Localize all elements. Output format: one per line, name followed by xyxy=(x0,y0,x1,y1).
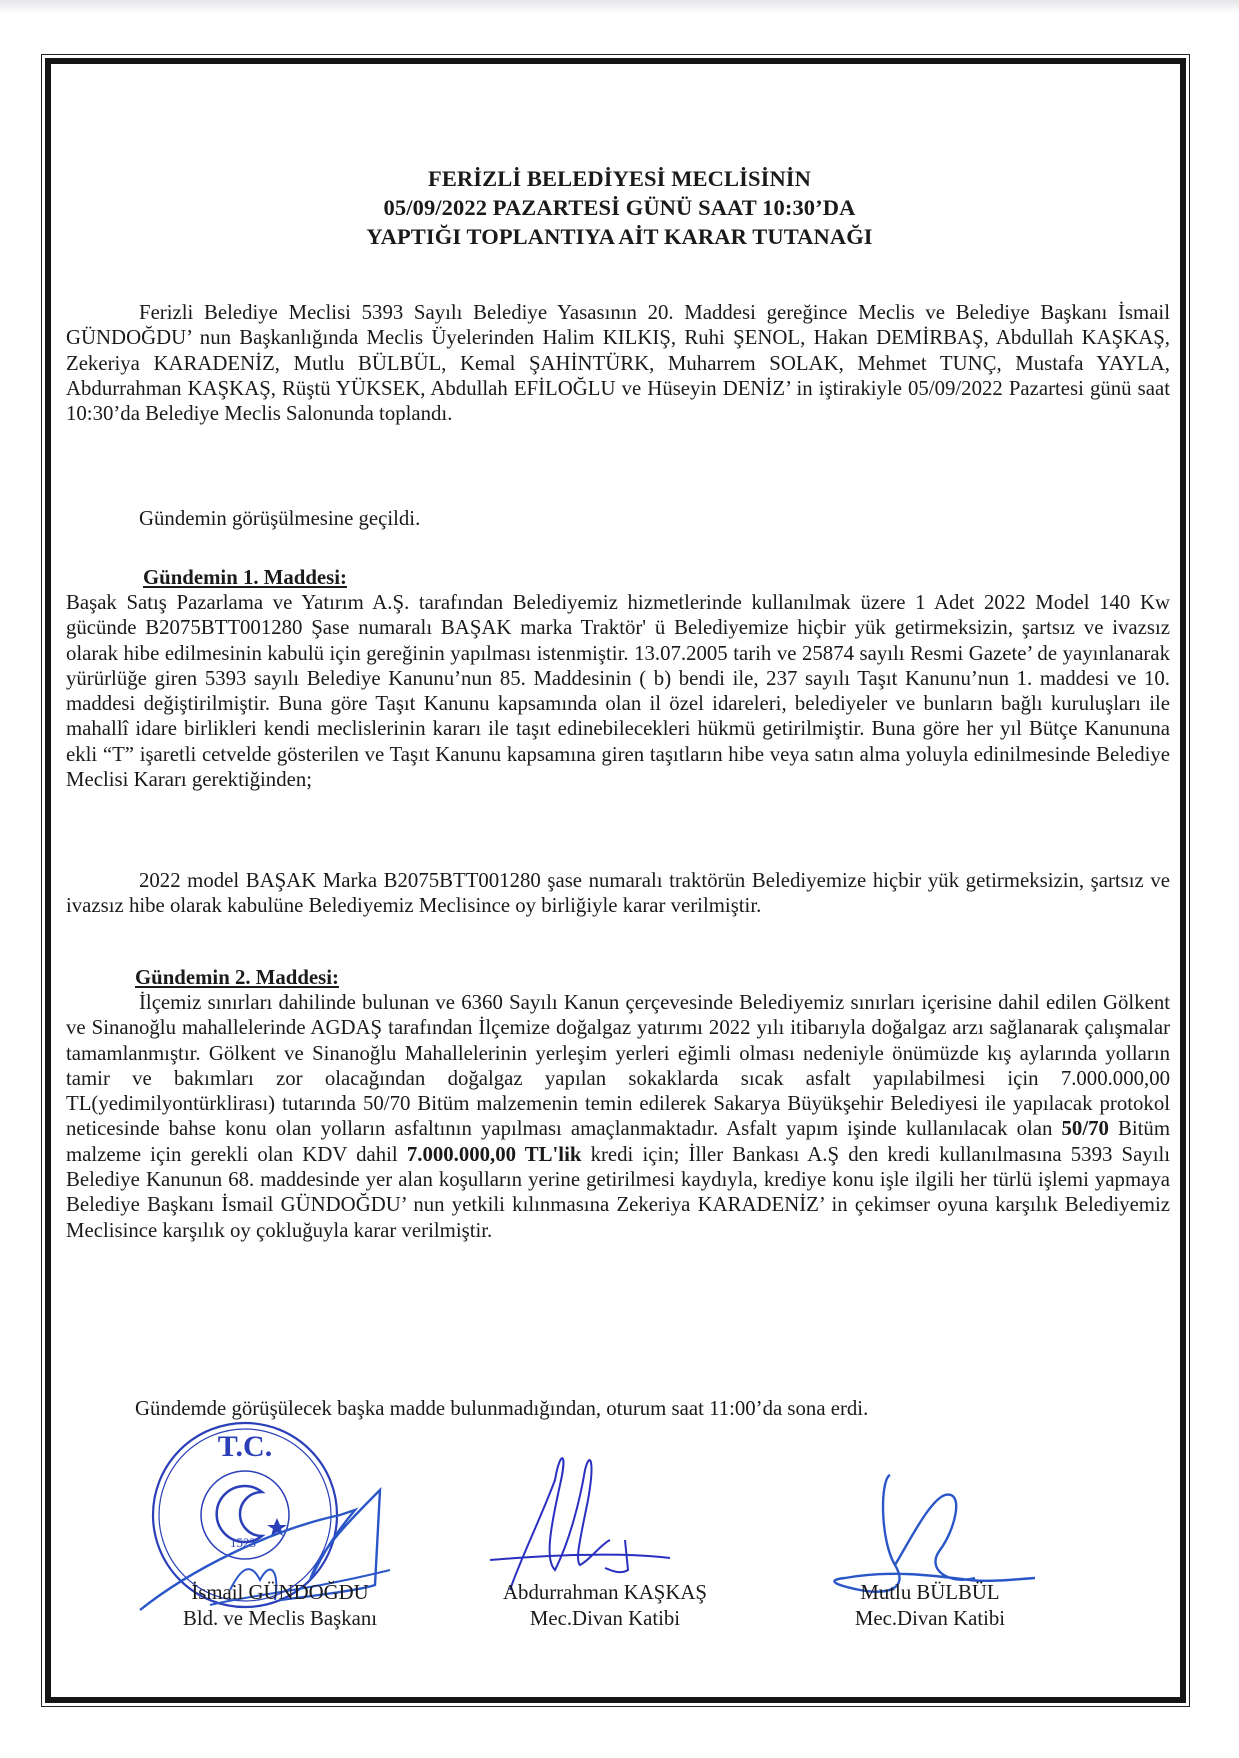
item-2-text-1: İlçemiz sınırları dahilinde bulunan ve 6… xyxy=(66,991,1170,1140)
item-1-body: Başak Satış Pazarlama ve Yatırım A.Ş. ta… xyxy=(66,590,1170,792)
signatory-mayor-title: Bld. ve Meclis Başkanı xyxy=(140,1606,420,1632)
signatory-clerk-2-title: Mec.Divan Katibi xyxy=(820,1606,1040,1632)
agenda-start: Gündemin görüşülmesine geçildi. xyxy=(66,506,1170,531)
title-line-1: FERİZLİ BELEDİYESİ MECLİSİNİN xyxy=(0,164,1239,193)
item-1-decision: 2022 model BAŞAK Marka B2075BTT001280 şa… xyxy=(66,868,1170,919)
closing-statement: Gündemde görüşülecek başka madde bulunma… xyxy=(135,1396,1135,1421)
signatory-clerk-2: Mutlu BÜLBÜL Mec.Divan Katibi xyxy=(820,1580,1040,1632)
item-2-body: İlçemiz sınırları dahilinde bulunan ve 6… xyxy=(66,990,1170,1243)
signatory-clerk-2-name: Mutlu BÜLBÜL xyxy=(820,1580,1040,1606)
item-1-heading: Gündemin 1. Maddesi: xyxy=(143,565,347,590)
signatory-clerk-1-title: Mec.Divan Katibi xyxy=(470,1606,740,1632)
signatory-mayor: İsmail GÜNDOĞDU Bld. ve Meclis Başkanı xyxy=(140,1580,420,1632)
scan-edge-shade xyxy=(0,0,1239,14)
signatory-clerk-1-name: Abdurrahman KAŞKAŞ xyxy=(470,1580,740,1606)
signatory-clerk-1: Abdurrahman KAŞKAŞ Mec.Divan Katibi xyxy=(470,1580,740,1632)
title-line-2: 05/09/2022 PAZARTESİ GÜNÜ SAAT 10:30’DA xyxy=(0,193,1239,222)
signature-kaskas-icon xyxy=(460,1440,690,1600)
title-line-3: YAPTIĞI TOPLANTIYA AİT KARAR TUTANAĞI xyxy=(0,222,1239,251)
intro-paragraph: Ferizli Belediye Meclisi 5393 Sayılı Bel… xyxy=(66,300,1170,426)
item-2-bold-material: 50/70 xyxy=(1062,1117,1109,1140)
signatory-mayor-name: İsmail GÜNDOĞDU xyxy=(140,1580,420,1606)
item-2-heading: Gündemin 2. Maddesi: xyxy=(135,965,339,990)
document-title: FERİZLİ BELEDİYESİ MECLİSİNİN 05/09/2022… xyxy=(0,164,1239,251)
item-2-bold-amount: 7.000.000,00 TL'lik xyxy=(407,1143,582,1166)
seal-tc-text: T.C. xyxy=(218,1430,272,1463)
